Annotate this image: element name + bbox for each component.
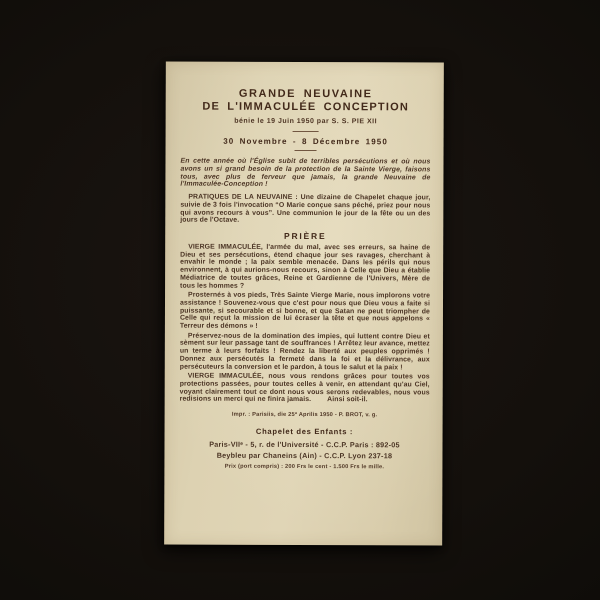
prayer-heading: PRIÈRE xyxy=(180,231,430,242)
photo-background: GRANDE NEUVAINE DE L'IMMACULÉE CONCEPTIO… xyxy=(0,0,600,600)
price-line: Prix (port compris) : 200 Frs le cent - … xyxy=(179,464,429,471)
prayer-paragraph-3: Préservez-nous de la domination des impi… xyxy=(180,332,430,371)
prayer-paragraph-1: VIERGE IMMACULÉE, l'armée du mal, avec s… xyxy=(180,244,430,291)
card-title-line2: DE L'IMMACULÉE CONCEPTION xyxy=(181,101,431,115)
card-title-line1: GRANDE NEUVAINE xyxy=(181,88,431,102)
address-lyon: Beybleu par Chaneins (Ain) - C.C.P. Lyon… xyxy=(179,451,429,461)
blessing-line: bénie le 19 Juin 1950 par S. S. PIE XII xyxy=(181,118,431,126)
intro-paragraph: En cette année où l'Église subit de terr… xyxy=(180,158,430,190)
imprimatur-line: Impr. : Parisiis, die 25ª Aprilis 1950 -… xyxy=(180,412,430,419)
prayer-card: GRANDE NEUVAINE DE L'IMMACULÉE CONCEPTIO… xyxy=(164,62,444,546)
pratiques-paragraph: PRATIQUES DE LA NEUVAINE : Une dizaine d… xyxy=(180,194,430,226)
ornament-rule-bottom xyxy=(295,150,317,151)
footer-heading: Chapelet des Enfants : xyxy=(180,427,430,437)
prayer-paragraph-4: VIERGE IMMACULÉE, nous vous rendons grâc… xyxy=(180,373,430,405)
amen-text: Ainsi soit-il. xyxy=(311,396,367,403)
address-paris: Paris-VIIᵉ - 5, r. de l'Université - C.C… xyxy=(179,440,429,450)
prayer-paragraph-4-text: VIERGE IMMACULÉE, nous vous rendons grâc… xyxy=(180,373,430,404)
novena-dates: 30 Novembre - 8 Décembre 1950 xyxy=(181,137,431,147)
prayer-paragraph-2: Prosternés à vos pieds, Très Sainte Vier… xyxy=(180,292,430,331)
pratiques-label: PRATIQUES DE LA NEUVAINE : xyxy=(188,194,297,201)
ornament-rule-top xyxy=(293,131,319,132)
